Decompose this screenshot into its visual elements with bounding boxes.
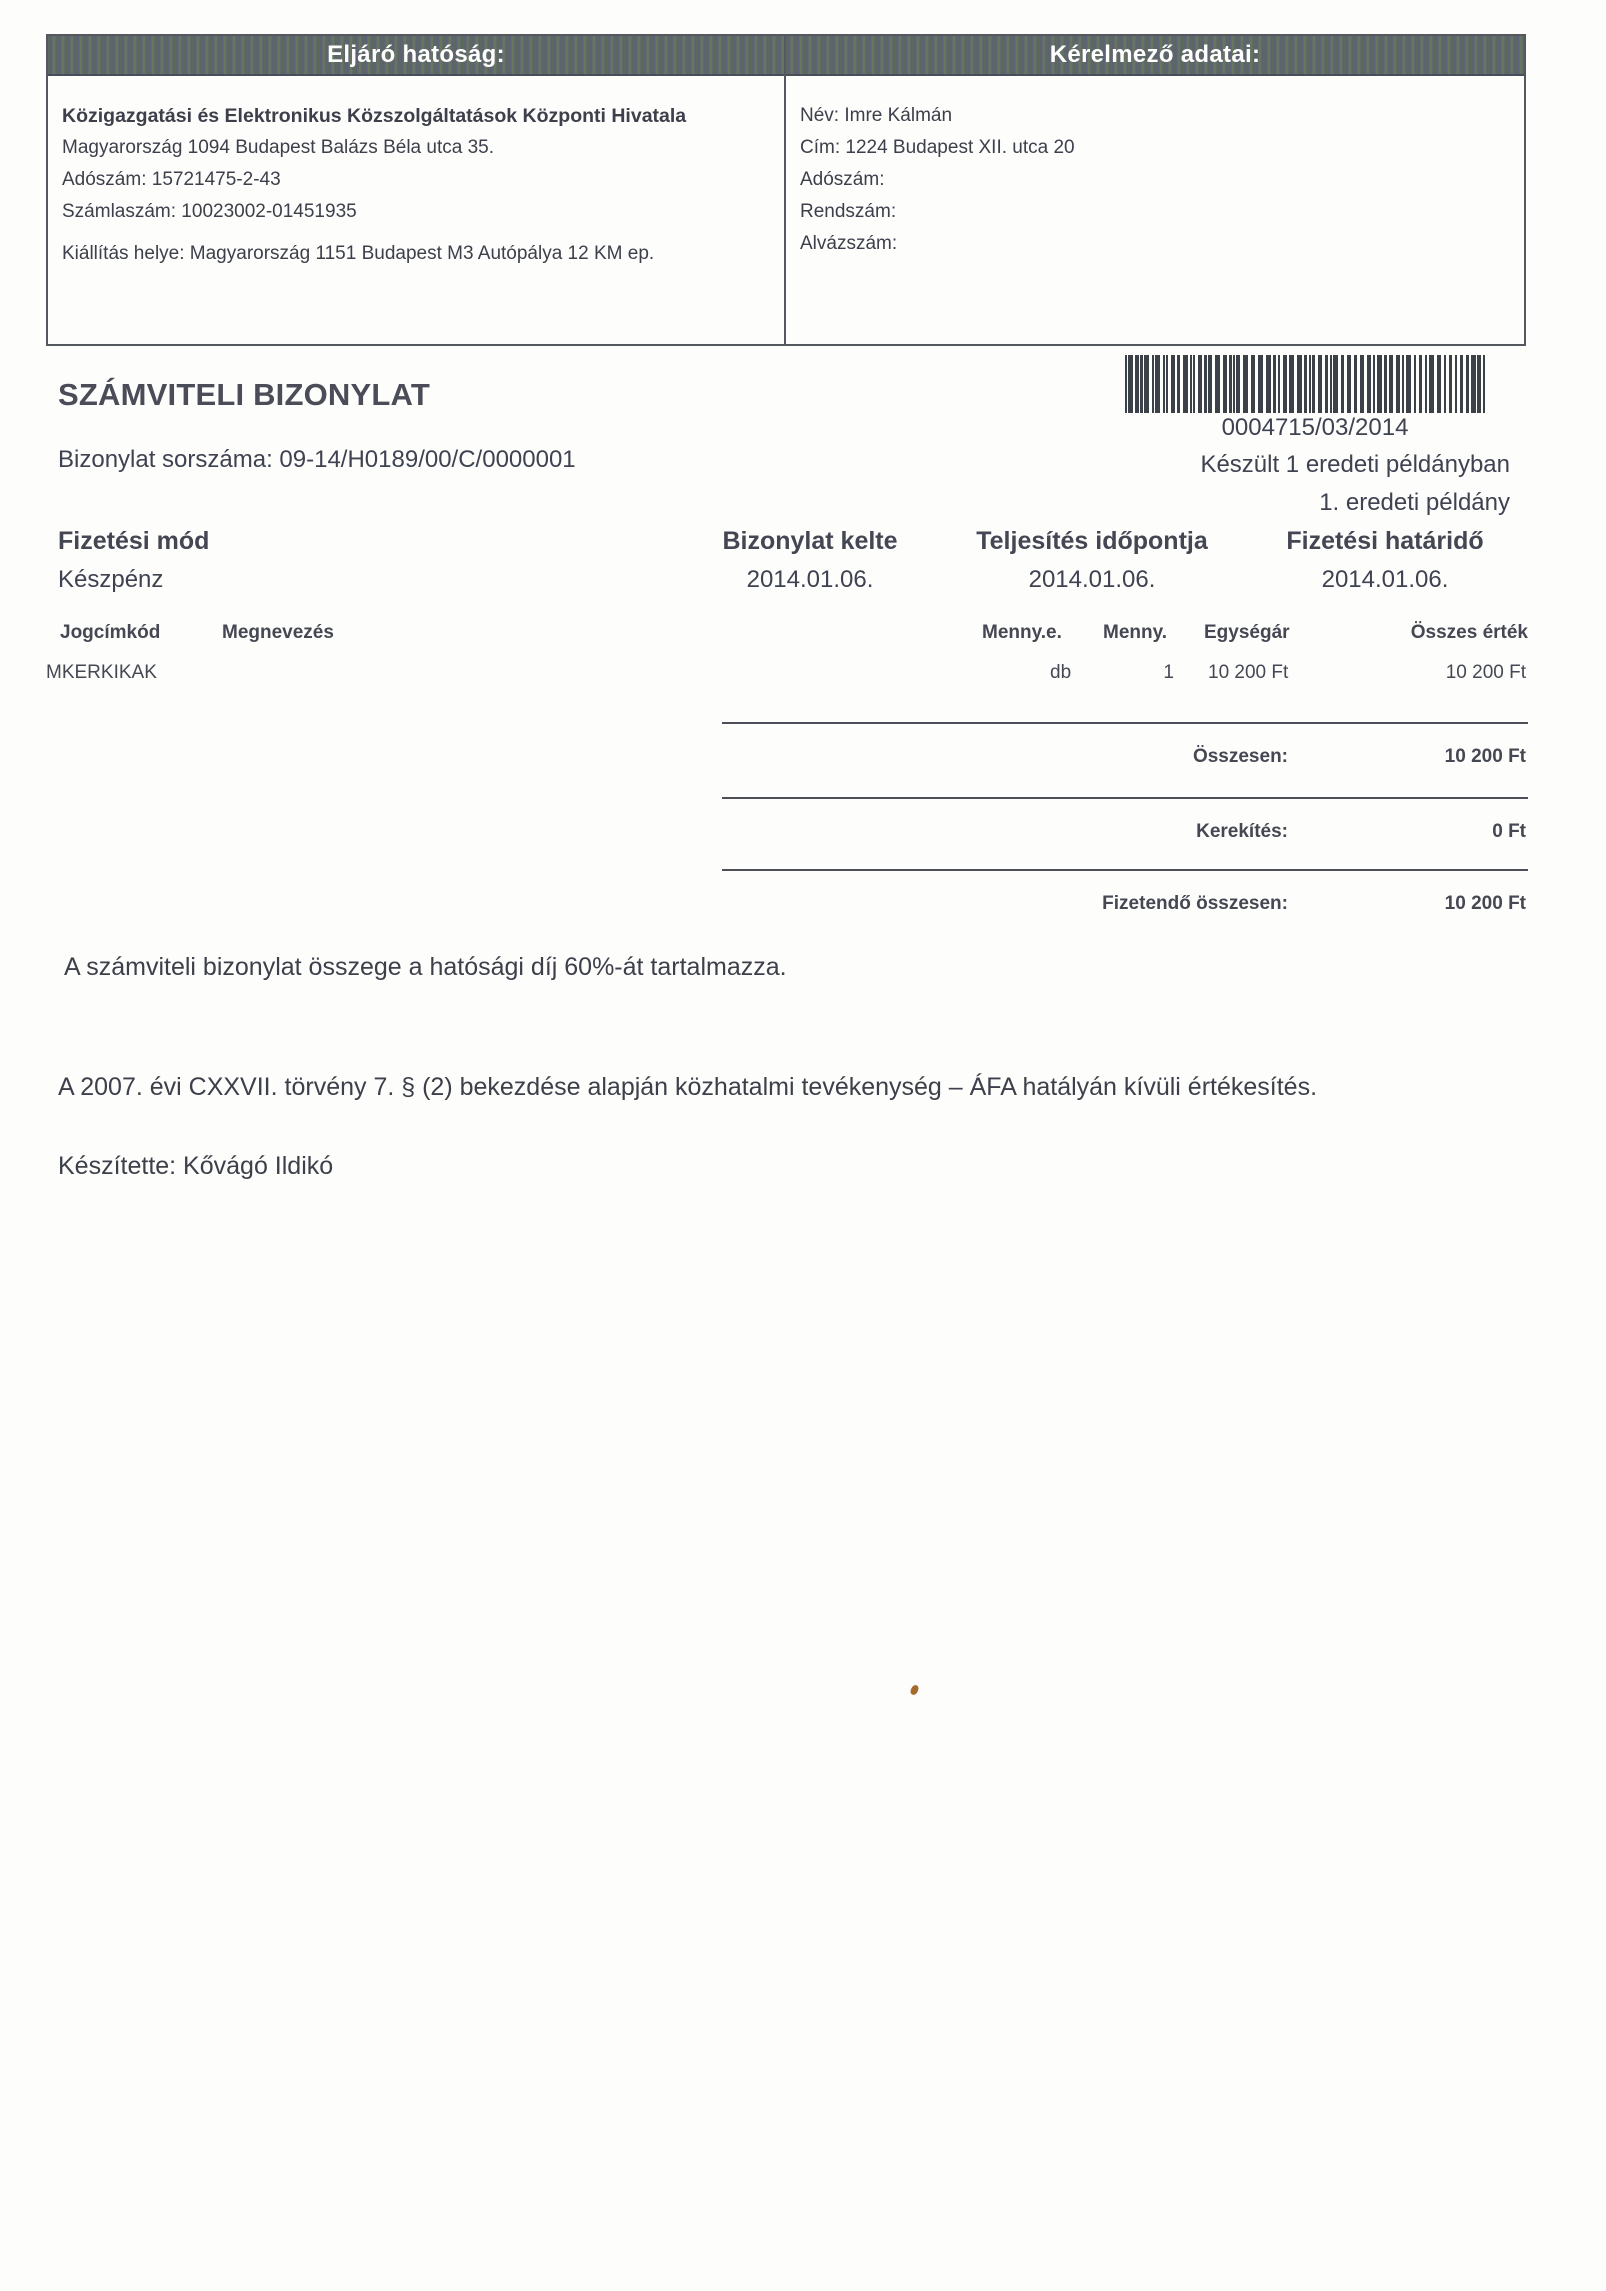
col-header-unit: Menny.e. [982, 622, 1062, 644]
issue-date-label: Bizonylat kelte [722, 527, 897, 555]
issuer-place-of-issue: Kiállítás helye: Magyarország 1151 Budap… [62, 238, 770, 270]
issuer-name: Közigazgatási és Elektronikus Közszolgál… [62, 100, 770, 132]
applicant-chassis-number: Alvázszám: [800, 228, 1510, 260]
due-date-label: Fizetési határidő [1286, 527, 1483, 555]
rounding-value: 0 Ft [1326, 821, 1526, 843]
document-serial: Bizonylat sorszáma: 09-14/H0189/00/C/000… [58, 446, 576, 474]
applicant-address: Cím: 1224 Budapest XII. utca 20 [800, 132, 1510, 164]
payable-value: 10 200 Ft [1326, 893, 1526, 915]
col-header-code: Jogcímkód [60, 622, 160, 644]
completion-date-value: 2014.01.06. [952, 566, 1232, 594]
prepared-by: Készítette: Kővágó Ildikó [58, 1152, 333, 1181]
row-total: 10 200 Ft [1446, 662, 1526, 684]
copies-line-2: 1. eredeti példány [1200, 484, 1510, 522]
barcode-number: 0004715/03/2014 [1125, 414, 1505, 442]
barcode-image [1125, 355, 1505, 413]
due-date-value: 2014.01.06. [1255, 566, 1515, 594]
applicant-tax-number: Adószám: [800, 164, 1510, 196]
col-header-name: Megnevezés [222, 622, 334, 644]
scan-speck [910, 1684, 920, 1696]
divider [722, 797, 1528, 799]
document-title: SZÁMVITELI BIZONYLAT [58, 377, 430, 413]
header-boxes: Eljáró hatóság: Közigazgatási és Elektro… [46, 34, 1526, 346]
col-header-qty: Menny. [1103, 622, 1167, 644]
completion-date-label: Teljesítés időpontja [976, 527, 1208, 555]
divider [722, 722, 1528, 724]
row-unit: db [1050, 662, 1071, 684]
col-header-total: Összes érték [1411, 622, 1528, 644]
rounding-label: Kerekítés: [888, 821, 1288, 843]
copies-info: Készült 1 eredeti példányban 1. eredeti … [1200, 446, 1510, 522]
issuer-account-number: Számlaszám: 10023002-01451935 [62, 196, 770, 228]
divider [722, 869, 1528, 871]
subtotal-value: 10 200 Ft [1326, 746, 1526, 768]
fee-note: A számviteli bizonylat összege a hatóság… [64, 953, 787, 982]
col-header-unit-price: Egységár [1204, 622, 1290, 644]
applicant-panel-title: Kérelmező adatai: [786, 36, 1524, 76]
issuer-panel: Eljáró hatóság: Közigazgatási és Elektro… [48, 36, 786, 344]
applicant-panel: Kérelmező adatai: Név: Imre Kálmán Cím: … [786, 36, 1524, 344]
row-code: MKERKIKAK [46, 662, 157, 684]
issuer-tax-number: Adószám: 15721475-2-43 [62, 164, 770, 196]
payment-method-label: Fizetési mód [58, 527, 209, 556]
issuer-panel-title: Eljáró hatóság: [48, 36, 784, 76]
completion-date: Teljesítés időpontja 2014.01.06. [952, 527, 1232, 594]
due-date: Fizetési határidő 2014.01.06. [1255, 527, 1515, 594]
payable-label: Fizetendő összesen: [888, 893, 1288, 915]
payment-method-value: Készpénz [58, 566, 163, 594]
row-qty: 1 [1100, 662, 1174, 684]
issue-date: Bizonylat kelte 2014.01.06. [680, 527, 940, 594]
applicant-name: Név: Imre Kálmán [800, 100, 1510, 132]
copies-line-1: Készült 1 eredeti példányban [1200, 446, 1510, 484]
subtotal-label: Összesen: [888, 746, 1288, 768]
issuer-address: Magyarország 1094 Budapest Balázs Béla u… [62, 132, 770, 164]
row-unit-price: 10 200 Ft [1208, 662, 1288, 684]
issue-date-value: 2014.01.06. [680, 566, 940, 594]
vat-note: A 2007. évi CXXVII. törvény 7. § (2) bek… [58, 1073, 1317, 1102]
applicant-plate-number: Rendszám: [800, 196, 1510, 228]
